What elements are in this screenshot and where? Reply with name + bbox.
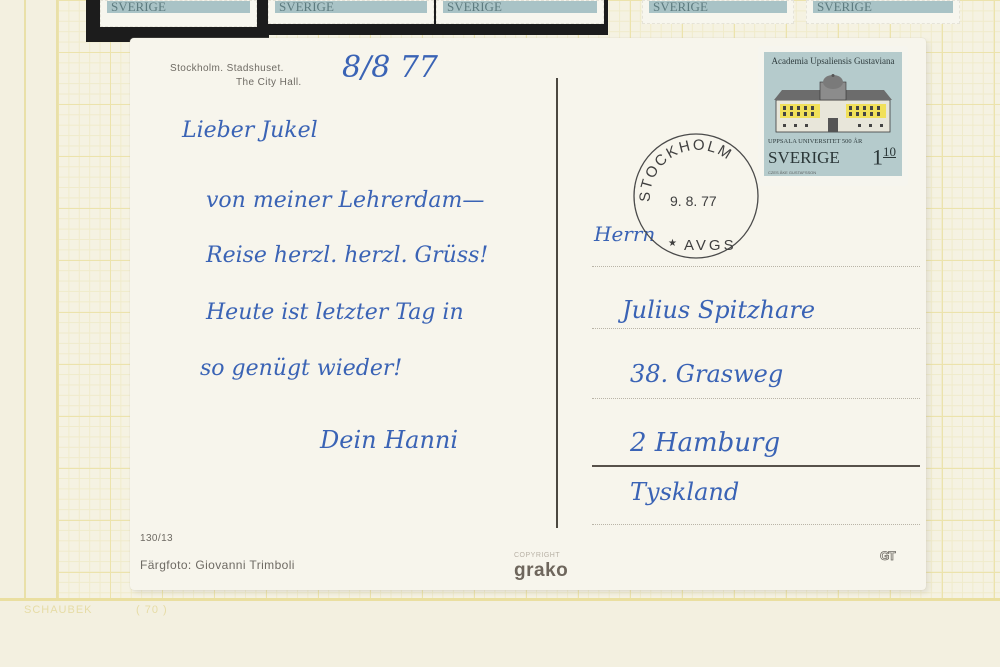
postmark-star: ★ [668,238,677,249]
margin-line-inner [56,0,58,600]
gt-logo-icon: GT [880,549,895,563]
address-line-5 [592,524,920,525]
address-city: 2 Hamburg [630,428,780,458]
handwritten-date: 8/8 77 [342,50,438,85]
message-line-5: so genügt wieder! [200,356,402,381]
postcard: Stockholm. Stadshuset. The City Hall. 8/… [130,38,926,590]
stamp-title: Academia Upsaliensis Gustaviana [764,56,902,66]
caption-line-1: Stockholm. Stadshuset. [170,62,284,76]
message-line-1: Lieber Jukel [182,118,318,143]
address-line-2 [592,328,920,329]
top-stamp-5-face: SVERIGE [813,1,953,13]
photo-credit: Färgfoto: Giovanni Trimboli [140,558,295,572]
top-stamp-2-face: SVERIGE [275,1,427,13]
address-line-3 [592,398,920,399]
top-stamp-3: SVERIGE [436,0,604,24]
postmark-icon: STOCKHOLM 9. 8. 77 ★ AVGS [628,130,764,260]
address-line-1 [592,266,920,267]
stamp-face: Academia Upsaliensis Gustaviana [764,52,902,176]
stamp-value-main: 1 [872,144,883,169]
stamp-designer: CZES ÅKE GUSTAFSSON [768,170,816,175]
top-stamp-1: SVERIGE [100,0,257,27]
album-page-number: ( 70 ) [136,604,168,616]
top-stamp-2: SVERIGE [268,0,434,24]
card-number: 130/13 [140,532,173,546]
stamp-country: SVERIGE [768,148,840,168]
top-stamp-5: SVERIGE [806,0,960,24]
top-stamp-4-face: SVERIGE [649,1,787,13]
address-name: Julius Spitzhare [622,296,815,324]
publisher-copyright: COPYRIGHT [514,552,560,559]
address-country: Tyskland [630,478,739,506]
stamp-value: 110 [872,144,896,170]
caption-line-2: The City Hall. [236,76,302,90]
postmark-office: AVGS [684,237,737,254]
margin-line-left [24,0,26,600]
address-line-4-underline [592,465,920,467]
album-brand: SCHAUBEK [24,604,93,616]
message-line-2: von meiner Lehrerdam— [206,188,484,213]
top-stamp-1-face: SVERIGE [107,1,250,13]
footer-rule [0,598,1000,601]
address-street: 38. Grasweg [630,360,783,388]
university-building-icon [774,74,892,134]
message-line-3: Reise herzl. herzl. Grüss! [206,243,488,268]
top-stamp-4: SVERIGE [642,0,794,24]
postcard-divider [556,78,558,528]
postmark-date: 9. 8. 77 [670,193,717,209]
publisher-logo: grako [514,560,568,582]
message-line-4: Heute ist letzter Tag in [206,300,464,325]
signature: Dein Hanni [320,426,458,454]
stamp-subtitle: UPPSALA UNIVERSITET 500 ÅR [768,138,862,145]
stamp-value-cents: 10 [883,144,896,159]
top-stamp-3-face: SVERIGE [443,1,597,13]
postage-stamp: Academia Upsaliensis Gustaviana [758,46,908,186]
